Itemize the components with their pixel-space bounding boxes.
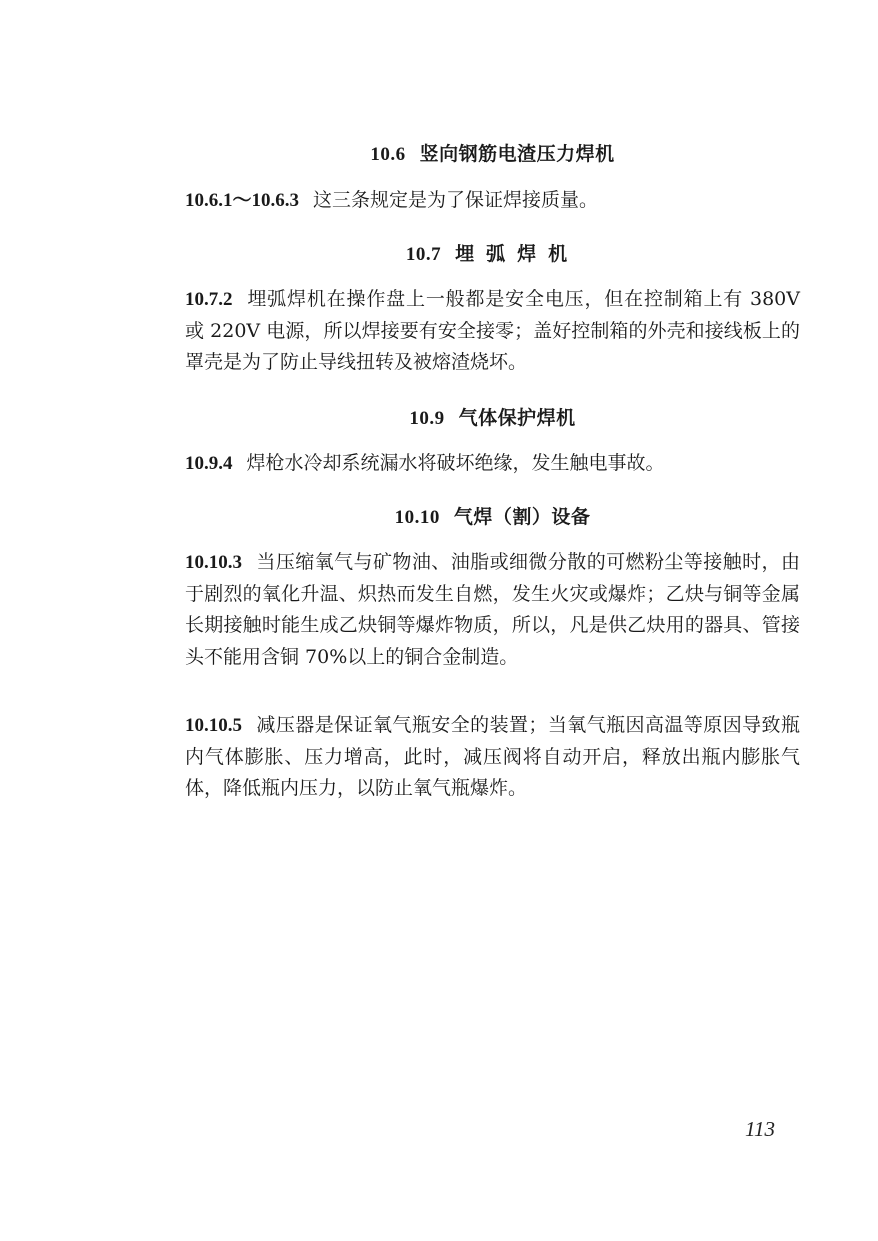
clause-10-9-4: 10.9.4焊枪水冷却系统漏水将破坏绝缘，发生触电事故。 xyxy=(185,448,800,480)
clause-text: 焊枪水冷却系统漏水将破坏绝缘，发生触电事故。 xyxy=(247,452,665,474)
clause-text: 埋弧焊机在操作盘上一般都是安全电压，但在控制箱上有 380V 或 220V 电源… xyxy=(185,288,800,373)
clause-number: 10.10.3 xyxy=(185,552,242,573)
clause-10-10-5: 10.10.5减压器是保证氧气瓶安全的装置；当氧气瓶因高温等原因导致瓶内气体膨胀… xyxy=(185,710,800,805)
section-number: 10.10 xyxy=(395,507,440,528)
clause-10-10-3: 10.10.3当压缩氧气与矿物油、油脂或细微分散的可燃粉尘等接触时，由于剧烈的氧… xyxy=(185,547,800,673)
clause-number: 10.10.5 xyxy=(185,715,242,736)
clause-text: 减压器是保证氧气瓶安全的装置；当氧气瓶因高温等原因导致瓶内气体膨胀、压力增高，此… xyxy=(185,714,800,799)
section-heading-10-9: 10.9气体保护焊机 xyxy=(185,403,800,430)
section-heading-10-10: 10.10气焊（割）设备 xyxy=(185,502,800,529)
clause-text: 这三条规定是为了保证焊接质量。 xyxy=(313,189,598,211)
section-number: 10.9 xyxy=(409,408,444,429)
clause-number: 10.7.2 xyxy=(185,289,233,310)
clause-10-7-2: 10.7.2埋弧焊机在操作盘上一般都是安全电压，但在控制箱上有 380V 或 2… xyxy=(185,284,800,379)
clause-number: 10.9.4 xyxy=(185,453,233,474)
clause-10-6-1-3: 10.6.1～10.6.3这三条规定是为了保证焊接质量。 xyxy=(185,185,800,217)
section-title: 埋弧焊机 xyxy=(455,243,579,265)
section-heading-10-7: 10.7埋弧焊机 xyxy=(185,239,800,266)
page-number: 113 xyxy=(745,1117,775,1142)
clause-number: 10.6.1～10.6.3 xyxy=(185,190,299,211)
section-title: 气体保护焊机 xyxy=(459,407,576,429)
section-number: 10.6 xyxy=(370,144,405,165)
section-title: 竖向钢筋电渣压力焊机 xyxy=(420,143,615,165)
section-number: 10.7 xyxy=(406,244,441,265)
section-heading-10-6: 10.6竖向钢筋电渣压力焊机 xyxy=(185,139,800,166)
clause-text: 当压缩氧气与矿物油、油脂或细微分散的可燃粉尘等接触时，由于剧烈的氧化升温、炽热而… xyxy=(185,551,800,668)
section-title: 气焊（割）设备 xyxy=(454,506,591,528)
